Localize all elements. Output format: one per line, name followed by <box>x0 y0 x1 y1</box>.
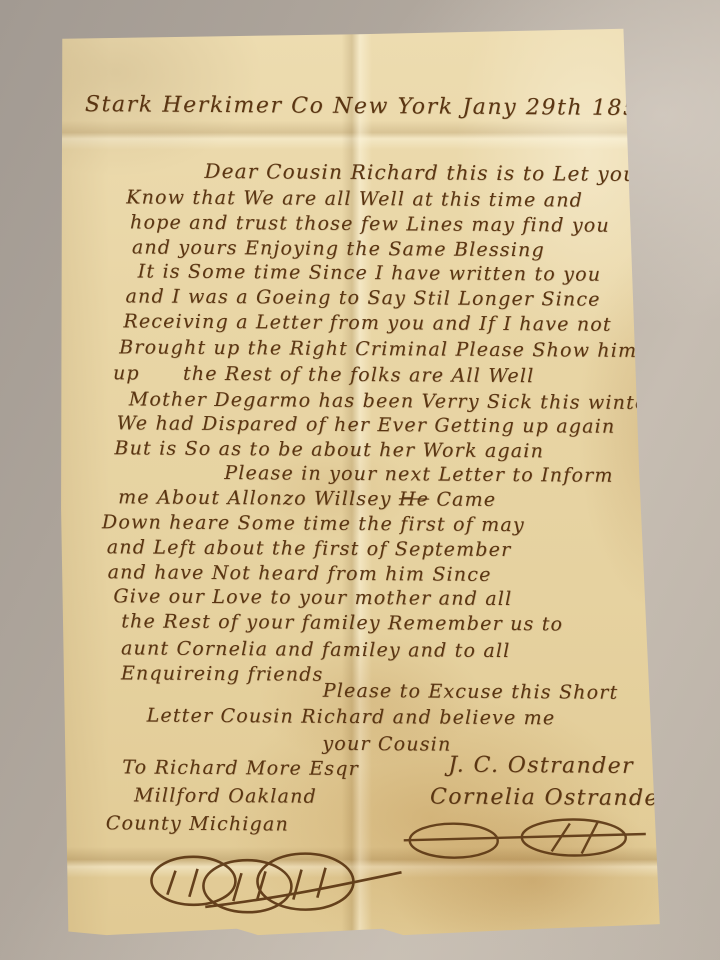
letter-line-fragment: Came <box>429 488 496 510</box>
letter-line: But is So as to be about her Work again <box>114 437 544 462</box>
letter-line: up <box>113 362 140 384</box>
letter-line: Receiving a Letter from you and If I hav… <box>123 310 612 335</box>
letter-line: me About Allonzo Willsey He Came <box>118 486 496 511</box>
letter-line: the Rest of the folks are All Well <box>183 363 535 387</box>
letter-line: Down heare Some time the first of may <box>102 511 525 536</box>
address-line: Millford Oakland <box>134 784 317 807</box>
letter-line: hope and trust those few Lines may find … <box>130 211 610 236</box>
letter-line: Know that We are all Well at this time a… <box>126 186 583 211</box>
signature-flourish-ornament <box>402 810 652 874</box>
letter-line: Brought up the Right Criminal Please Sho… <box>119 336 637 362</box>
letter-line: Please in your next Letter to Inform <box>224 462 614 487</box>
photograph-of-letter: Stark Herkimer Co New York Jany 29th 185… <box>0 0 720 960</box>
letter-paper: Stark Herkimer Co New York Jany 29th 185… <box>55 26 661 936</box>
letter-line: We had Dispared of her Ever Getting up a… <box>117 412 616 437</box>
letter-line: Give our Love to your mother and all <box>113 585 512 610</box>
letter-line-fragment: me About Allonzo Willsey <box>118 486 399 510</box>
struck-out-word: He <box>399 488 429 510</box>
letter-line: Letter Cousin Richard and believe me <box>147 705 556 730</box>
letter-line: aunt Cornelia and familey and to all <box>121 637 511 662</box>
letter-dateline: Stark Herkimer Co New York Jany 29th 185… <box>85 92 654 121</box>
letter-line: Dear Cousin Richard this is to Let you <box>204 159 637 186</box>
letter-line: Enquireing friends <box>121 662 324 685</box>
letter-line: and have Not heard from him Since <box>108 561 492 586</box>
letter-line: Mother Degarmo has been Verry Sick this … <box>129 388 658 414</box>
signature-cornelia-ostrander: Cornelia Ostrander <box>430 784 671 811</box>
letter-line: It is Some time Since I have written to … <box>138 260 602 285</box>
signature-jc-ostrander: J. C. Ostrander <box>448 753 634 779</box>
letter-line: Please to Excuse this Short <box>323 680 619 704</box>
address-line: To Richard More Esqr <box>122 756 359 780</box>
letter-line: and Left about the first of September <box>107 536 512 561</box>
bottom-flourish-ornament <box>145 831 406 925</box>
letter-line: and I was a Goeing to Say Stil Longer Si… <box>125 285 600 310</box>
letter-line: and yours Enjoying the Same Blessing <box>132 236 545 261</box>
letter-line: your Cousin <box>322 733 451 756</box>
letter-line: the Rest of your familey Remember us to <box>121 610 563 635</box>
handwritten-text-layer: Stark Herkimer Co New York Jany 29th 185… <box>49 26 661 940</box>
